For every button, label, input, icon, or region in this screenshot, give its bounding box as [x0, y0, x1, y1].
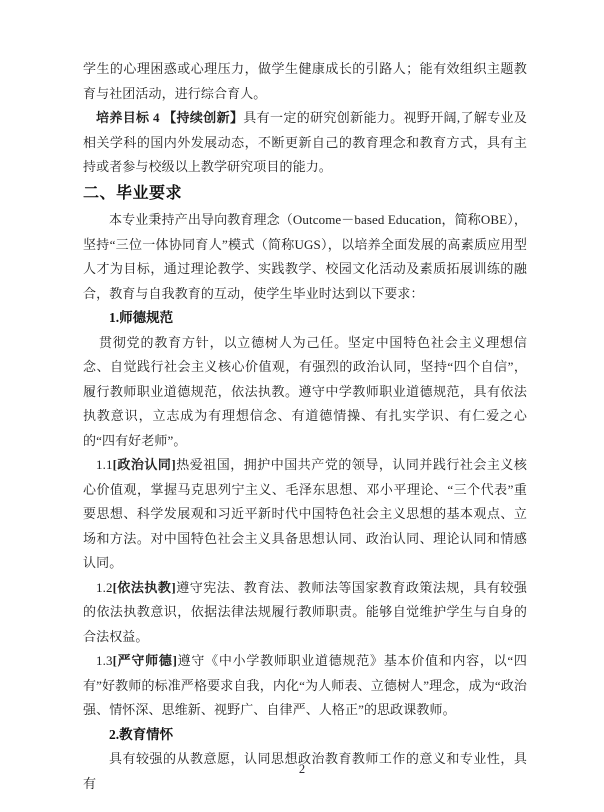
section-heading-graduation-requirements: 二、毕业要求 — [83, 182, 527, 207]
goal4-label: 培养目标 4 【持续创新】 — [96, 110, 243, 125]
paragraph-item-1-2: 1.2[依法执教]遵守宪法、教育法、教师法等国家教育政策法规，具有较强的依法执教… — [83, 576, 527, 650]
item-1-2-number: 1.2 — [96, 580, 113, 595]
paragraph-item-1-1: 1.1[政治认同]热爱祖国，拥护中国共产党的领导，认同并践行社会主义核心价值观，… — [83, 453, 527, 576]
item-1-2-label: [依法执教] — [113, 580, 176, 595]
paragraph-item-1-3: 1.3[严守师德]遵守《中小学教师职业道德规范》基本价值和内容，以“四有”好教师… — [83, 649, 527, 723]
heading-req1-teacher-ethics: 1.师德规范 — [83, 306, 527, 331]
paragraph-goal4: 培养目标 4 【持续创新】具有一定的研究创新能力。视野开阔,了解专业及相关学科的… — [83, 106, 527, 180]
item-1-1-text: 热爱祖国，拥护中国共产党的领导，认同并践行社会主义核心价值观，掌握马克思列宁主义… — [83, 457, 527, 570]
paragraph-section-intro: 本专业秉持产出导向教育理念（Outcome－based Education，简称… — [83, 208, 527, 306]
heading-req2-education-devotion: 2.教育情怀 — [83, 723, 527, 748]
item-1-3-label: [严守师德] — [113, 653, 177, 668]
paragraph-continuation: 学生的心理困惑或心理压力，做学生健康成长的引路人；能有效组织主题教育与社团活动，… — [83, 57, 527, 106]
page-number: 2 — [0, 762, 604, 777]
item-1-1-number: 1.1 — [96, 457, 113, 472]
item-1-1-label: [政治认同] — [113, 457, 176, 472]
item-1-3-number: 1.3 — [96, 653, 113, 668]
document-page: 学生的心理困惑或心理压力，做学生健康成长的引路人；能有效组织主题教育与社团活动，… — [83, 57, 527, 796]
paragraph-req1-body: 贯彻党的教育方针，以立德树人为己任。坚定中国特色社会主义理想信念、自觉践行社会主… — [83, 331, 527, 454]
